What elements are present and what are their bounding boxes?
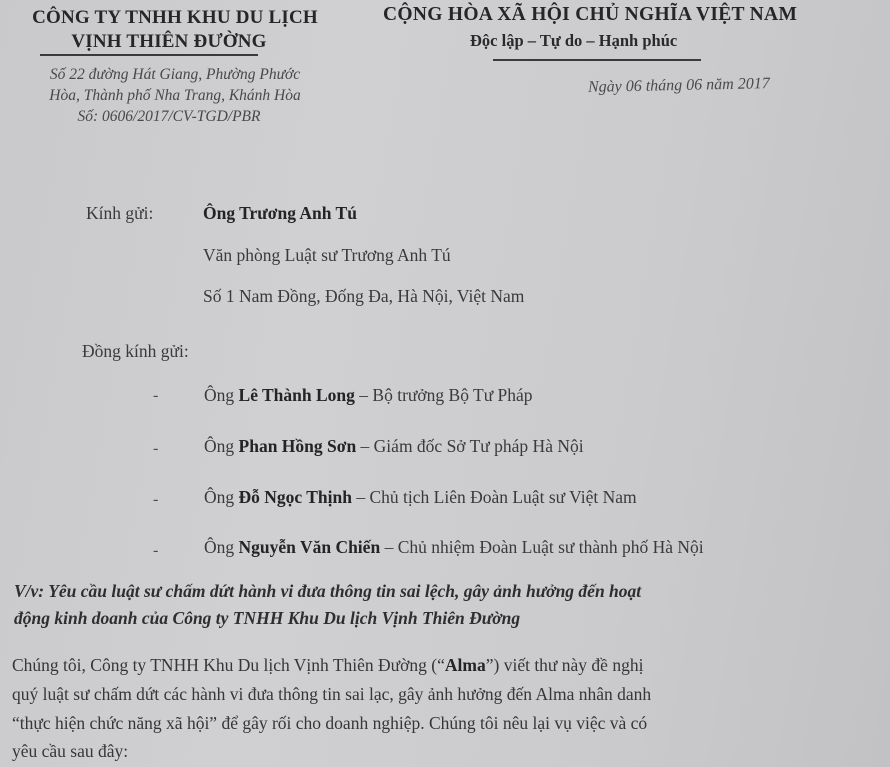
motto-underline <box>493 59 701 61</box>
subject-line1: V/v: Yêu cầu luật sư chấm dứt hành vi đư… <box>14 578 641 605</box>
paragraph-line4: yêu cầu sau đây: <box>12 738 128 764</box>
cc-bullet: - <box>153 440 158 458</box>
cc-bullet: - <box>153 387 158 405</box>
reference-number: Số: 0606/2017/CV-TGD/PBR <box>0 106 350 127</box>
cc-role: – Giám đốc Sở Tư pháp Hà Nội <box>356 436 583 456</box>
company-address-line1: Số 22 đường Hát Giang, Phường Phước <box>0 64 350 85</box>
cc-prefix: Ông <box>204 385 239 405</box>
cc-bullet: - <box>153 491 158 509</box>
cc-role: – Chủ tịch Liên Đoàn Luật sư Việt Nam <box>352 487 637 507</box>
national-motto: Độc lập – Tự do – Hạnh phúc <box>470 31 677 51</box>
cc-item: Ông Lê Thành Long – Bộ trưởng Bộ Tư Pháp <box>204 385 533 406</box>
cc-bullet: - <box>153 542 158 560</box>
company-header: CÔNG TY TNHH KHU DU LỊCH VỊNH THIÊN ĐƯỜN… <box>0 6 350 127</box>
cc-name: Phan Hồng Sơn <box>239 436 357 456</box>
paragraph-line3: “thực hiện chức năng xã hội” để gây rối … <box>12 710 647 736</box>
paragraph-text: Chúng tôi, Công ty TNHH Khu Du lịch Vịnh… <box>12 655 445 675</box>
recipient-label: Kính gửi: <box>86 203 153 224</box>
cc-prefix: Ông <box>204 487 239 507</box>
cc-prefix: Ông <box>204 436 239 456</box>
paragraph-line1: Chúng tôi, Công ty TNHH Khu Du lịch Vịnh… <box>12 652 643 678</box>
subject-line2: động kinh doanh của Công ty TNHH Khu Du … <box>14 605 520 632</box>
cc-prefix: Ông <box>204 537 239 557</box>
recipient-name: Ông Trương Anh Tú <box>203 203 357 224</box>
cc-label: Đồng kính gửi: <box>82 341 189 362</box>
paragraph-line2: quý luật sư chấm dứt các hành vi đưa thô… <box>12 681 651 707</box>
company-address-line2: Hòa, Thành phố Nha Trang, Khánh Hòa <box>0 85 350 106</box>
cc-item: Ông Đỗ Ngọc Thịnh – Chủ tịch Liên Đoàn L… <box>204 487 637 508</box>
cc-role: – Chủ nhiệm Đoàn Luật sư thành phố Hà Nộ… <box>380 537 703 557</box>
cc-item: Ông Phan Hồng Sơn – Giám đốc Sở Tư pháp … <box>204 436 584 457</box>
company-name-line2: VỊNH THIÊN ĐƯỜNG <box>0 30 350 54</box>
cc-item: Ông Nguyễn Văn Chiến – Chủ nhiệm Đoàn Lu… <box>204 537 704 558</box>
cc-name: Nguyễn Văn Chiến <box>239 537 381 557</box>
recipient-office: Văn phòng Luật sư Trương Anh Tú <box>203 245 451 266</box>
cc-role: – Bộ trưởng Bộ Tư Pháp <box>355 385 533 405</box>
paragraph-text: ”) viết thư này đề nghị <box>486 655 644 675</box>
recipient-address: Số 1 Nam Đồng, Đống Đa, Hà Nội, Việt Nam <box>203 286 524 307</box>
letter-date: Ngày 06 tháng 06 năm 2017 <box>588 75 770 97</box>
cc-name: Lê Thành Long <box>239 385 355 405</box>
nation-title: CỘNG HÒA XÃ HỘI CHỦ NGHĨA VIỆT NAM <box>383 4 797 26</box>
alma-defined-term: Alma <box>445 655 486 675</box>
cc-name: Đỗ Ngọc Thịnh <box>239 487 352 507</box>
company-name-underline <box>40 54 258 56</box>
company-name-line1: CÔNG TY TNHH KHU DU LỊCH <box>0 6 350 30</box>
